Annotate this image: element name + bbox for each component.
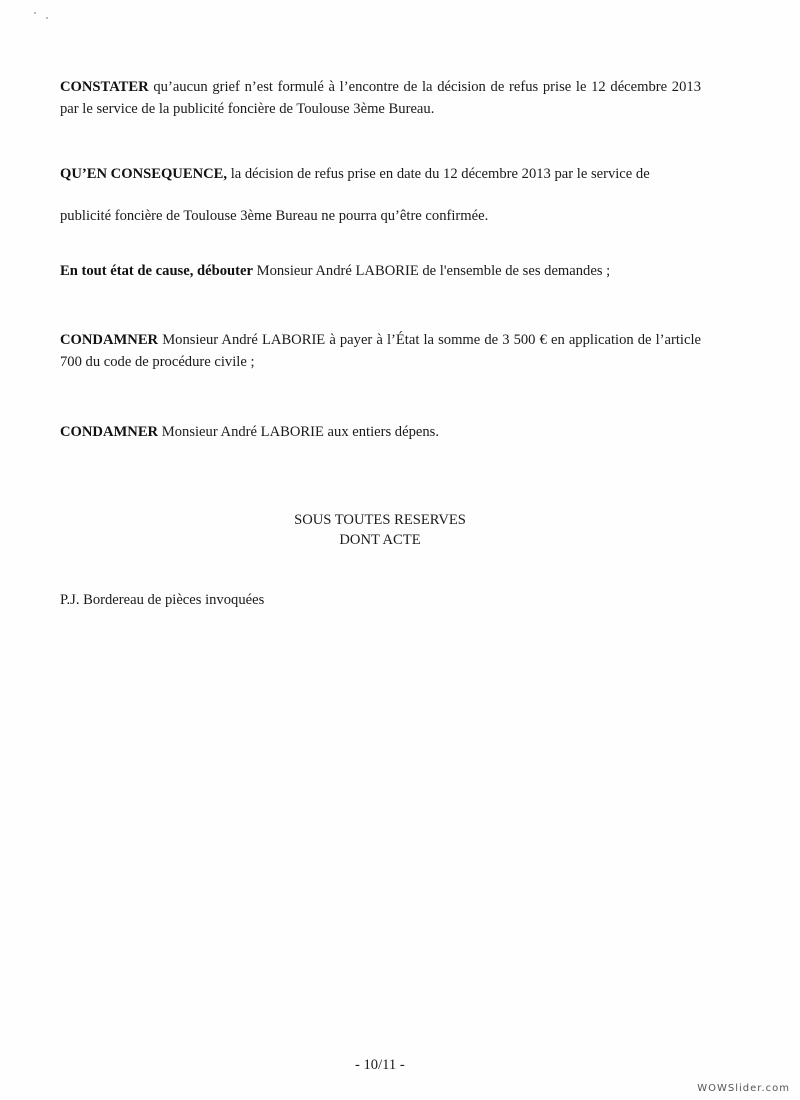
closing-line-reserves: SOUS TOUTES RESERVES bbox=[0, 510, 760, 530]
paragraph-keyword: CONDAMNER bbox=[60, 332, 158, 348]
paragraph-debouter: En tout état de cause, débouter Monsieur… bbox=[60, 260, 701, 282]
paragraph-keyword: CONSTATER bbox=[60, 79, 149, 95]
paragraph-text-continued: publicité foncière de Toulouse 3ème Bure… bbox=[60, 206, 701, 226]
paragraph-keyword: En tout état de cause, débouter bbox=[60, 263, 253, 279]
paragraph-keyword: CONDAMNER bbox=[60, 424, 158, 440]
paragraph-text: qu’aucun grief n’est formulé à l’encontr… bbox=[60, 79, 701, 117]
closing-formula: SOUS TOUTES RESERVES DONT ACTE bbox=[0, 510, 760, 550]
paragraph-consequence: QU’EN CONSEQUENCE, la décision de refus … bbox=[60, 164, 701, 226]
paragraph-constater: CONSTATER qu’aucun grief n’est formulé à… bbox=[60, 76, 701, 120]
paragraph-text: Monsieur André LABORIE aux entiers dépen… bbox=[158, 424, 439, 440]
closing-line-dont-acte: DONT ACTE bbox=[0, 530, 760, 550]
watermark: WOWSlider.com bbox=[697, 1083, 790, 1094]
scan-speck bbox=[34, 12, 36, 14]
document-page: CONSTATER qu’aucun grief n’est formulé à… bbox=[0, 0, 800, 1100]
paragraph-text: Monsieur André LABORIE de l'ensemble de … bbox=[253, 263, 610, 279]
attachment-note: P.J. Bordereau de pièces invoquées bbox=[60, 592, 264, 609]
paragraph-condamner-article-700: CONDAMNER Monsieur André LABORIE à payer… bbox=[60, 329, 701, 373]
page-number: - 10/11 - bbox=[355, 1057, 405, 1074]
paragraph-keyword: QU’EN CONSEQUENCE, bbox=[60, 166, 227, 182]
paragraph-condamner-depens: CONDAMNER Monsieur André LABORIE aux ent… bbox=[60, 421, 701, 443]
paragraph-text: la décision de refus prise en date du 12… bbox=[227, 166, 650, 182]
scan-speck bbox=[46, 17, 48, 19]
